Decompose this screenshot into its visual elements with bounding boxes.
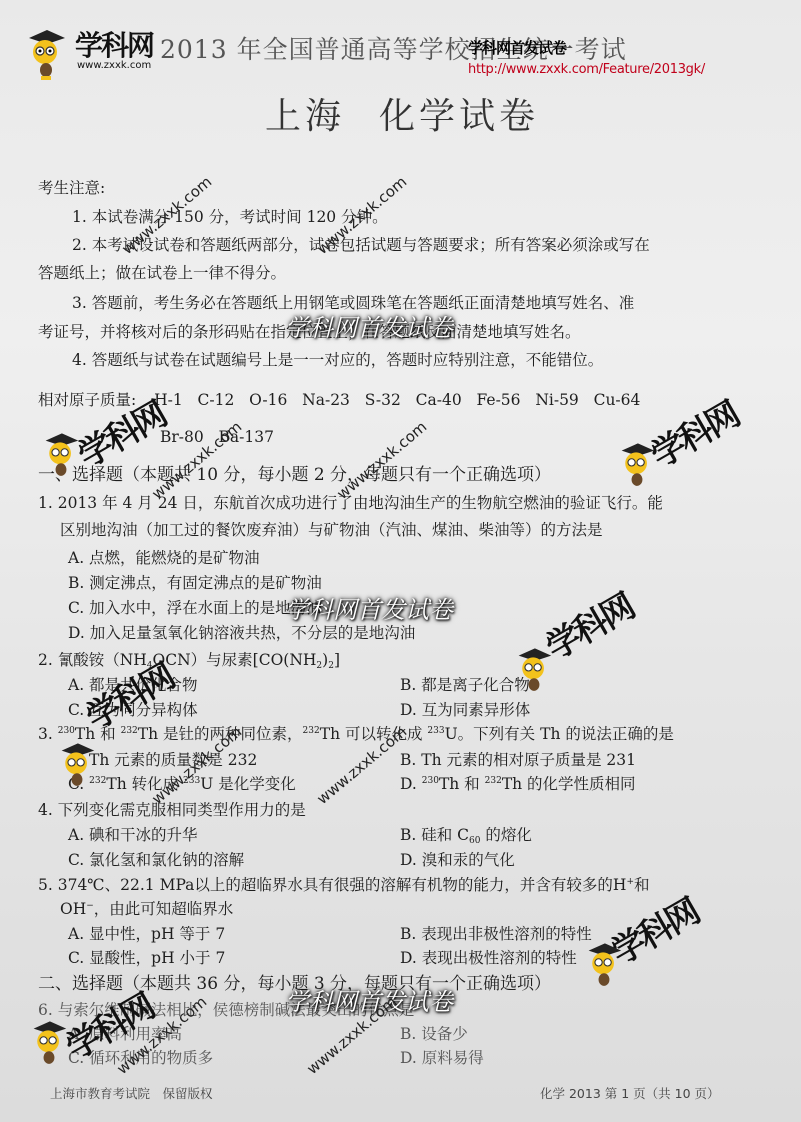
logo-url: www.zxxk.com	[77, 60, 151, 71]
q5-stem-1: 5. 374℃、22.1 MPa以上的超临界水具有很强的溶解有机物的能力，并含有…	[38, 873, 650, 895]
mass-ni: Ni-59	[535, 391, 578, 409]
q3-d-label: D.	[400, 775, 417, 793]
mass-na: Na-23	[302, 391, 350, 409]
q5-sup-plus: +	[626, 877, 634, 887]
q2-option-b: B. 都是离子化合物	[400, 673, 530, 695]
q5-stem-post: 和	[634, 876, 650, 894]
q3-stem: 3. 230Th 和 232Th 是钍的两种同位素，232Th 可以转化成 23…	[38, 722, 674, 744]
mascot-icon	[42, 430, 80, 482]
footer-right: 化学 2013 第 1 页（共 10 页）	[540, 1084, 720, 1102]
mascot-icon	[30, 1018, 68, 1070]
mass-fe: Fe-56	[476, 391, 520, 409]
zxxk-logo: 学科网 www.zxxk.com	[25, 22, 175, 82]
q4-stem: 4. 下列变化需克服相同类型作用力的是	[38, 798, 306, 820]
mass-cu: Cu-64	[594, 391, 641, 409]
logo-name: 学科网	[75, 24, 153, 64]
q3-sup-233: 233	[427, 726, 444, 736]
q6-option-d: D. 原料易得	[400, 1046, 484, 1068]
q3-option-b: B. Th 元素的相对原子质量是 231	[400, 748, 636, 770]
q1-stem-2: 区别地沟油（加工过的餐饮废弃油）与矿物油（汽油、煤油、柴油等）的方法是	[60, 518, 603, 540]
q3-d-b: Th 的化学性质相同	[502, 775, 636, 793]
q1-option-c: C. 加入水中，浮在水面上的是地沟油	[68, 596, 322, 618]
q5-stem-pre: 5. 374℃、22.1 MPa以上的超临界水具有很强的溶解有机物的能力，并含有…	[38, 876, 626, 894]
mass-o: O-16	[249, 391, 287, 409]
q5-option-c: C. 显酸性，pH 小于 7	[68, 946, 225, 968]
q5-stem2-post: ，由此可知超临界水	[94, 900, 234, 918]
footer-left: 上海市教育考试院 保留版权	[50, 1084, 213, 1102]
q4-option-b: B. 硅和 C60 的熔化	[400, 823, 532, 846]
q3-sup-230: 230	[58, 726, 75, 736]
mascot-icon	[58, 740, 96, 792]
q4-option-d: D. 溴和汞的气化	[400, 848, 515, 870]
notice-item-2: 2. 本考试设试卷和答题纸两部分，试卷包括试题与答题要求；所有答案必须涂或写在	[72, 233, 650, 255]
header-watermark-label: 学科网首发试卷	[468, 37, 566, 58]
notice-item-4: 4. 答题纸与试卷在试题编号上是一一对应的，答题时应特别注意，不能错位。	[72, 348, 603, 370]
q3-option-d: D. 230Th 和 232Th 的化学性质相同	[400, 772, 636, 794]
q3-d-a: Th 和	[439, 775, 480, 793]
mass-c: C-12	[198, 391, 235, 409]
watermark-logo-2: 学科网	[641, 388, 746, 477]
q2-stem-end: ]	[334, 651, 340, 669]
mass-ca: Ca-40	[416, 391, 462, 409]
q6-option-b: B. 设备少	[400, 1022, 468, 1044]
q2-stem-mid: OCN）与尿素[CO(NH	[153, 651, 317, 669]
q1-option-b: B. 测定沸点，有固定沸点的是矿物油	[68, 571, 322, 593]
subject-title-subject: 化学试卷	[379, 96, 539, 137]
mascot-icon	[25, 28, 67, 82]
q2-option-d: D. 互为同素异形体	[400, 698, 530, 720]
q5-stem-2: OH−，由此可知超临界水	[60, 897, 233, 919]
q5-option-a: A. 显中性，pH 等于 7	[68, 922, 225, 944]
subject-title: 上海化学试卷	[265, 88, 539, 139]
q2-stem: 2. 氰酸铵（NH4OCN）与尿素[CO(NH2)2]	[38, 648, 340, 671]
watermark-overlay-1: 学科网首发试卷	[285, 308, 453, 343]
q4-b-post: 的熔化	[480, 826, 531, 844]
q5-option-b: B. 表现出非极性溶剂的特性	[400, 922, 592, 944]
q3-sup-232b: 232	[303, 726, 320, 736]
mascot-icon	[585, 940, 623, 992]
mass-s: S-32	[365, 391, 401, 409]
q3-option-a: A. Th 元素的质量数是 232	[68, 748, 257, 770]
q4-option-c: C. 氯化氢和氯化钠的溶解	[68, 848, 244, 870]
section1-heading: 一、选择题（本题共 10 分，每小题 2 分，每题只有一个正确选项）	[38, 460, 551, 485]
q3-t4: U。下列有关 Th 的说法正确的是	[445, 725, 674, 743]
notice-heading: 考生注意:	[38, 176, 105, 198]
mascot-icon	[618, 440, 656, 492]
q4-b-sub: 60	[469, 836, 480, 846]
watermark-overlay-2: 学科网首发试卷	[285, 590, 453, 625]
q3-d-sup: 230	[422, 776, 439, 786]
q3-num: 3.	[38, 725, 53, 743]
q1-option-a: A. 点燃，能燃烧的是矿物油	[68, 546, 260, 568]
q4-option-a: A. 碘和干冰的升华	[68, 823, 198, 845]
q3-c-b: U 是化学变化	[200, 775, 296, 793]
q5-option-d: D. 表现出极性溶剂的特性	[400, 946, 577, 968]
subject-title-region: 上海	[265, 96, 345, 137]
q4-b-pre: B. 硅和 C	[400, 826, 469, 844]
notice-item-2-cont: 答题纸上；做在试卷上一律不得分。	[38, 261, 286, 283]
mascot-icon	[515, 645, 553, 697]
q3-d-sup2: 232	[485, 776, 502, 786]
q5-sup-minus: −	[86, 901, 94, 911]
q3-sup-232a: 232	[121, 726, 138, 736]
header-watermark-url[interactable]: http://www.zxxk.com/Feature/2013gk/	[468, 62, 705, 77]
q5-oh: OH	[60, 900, 86, 918]
